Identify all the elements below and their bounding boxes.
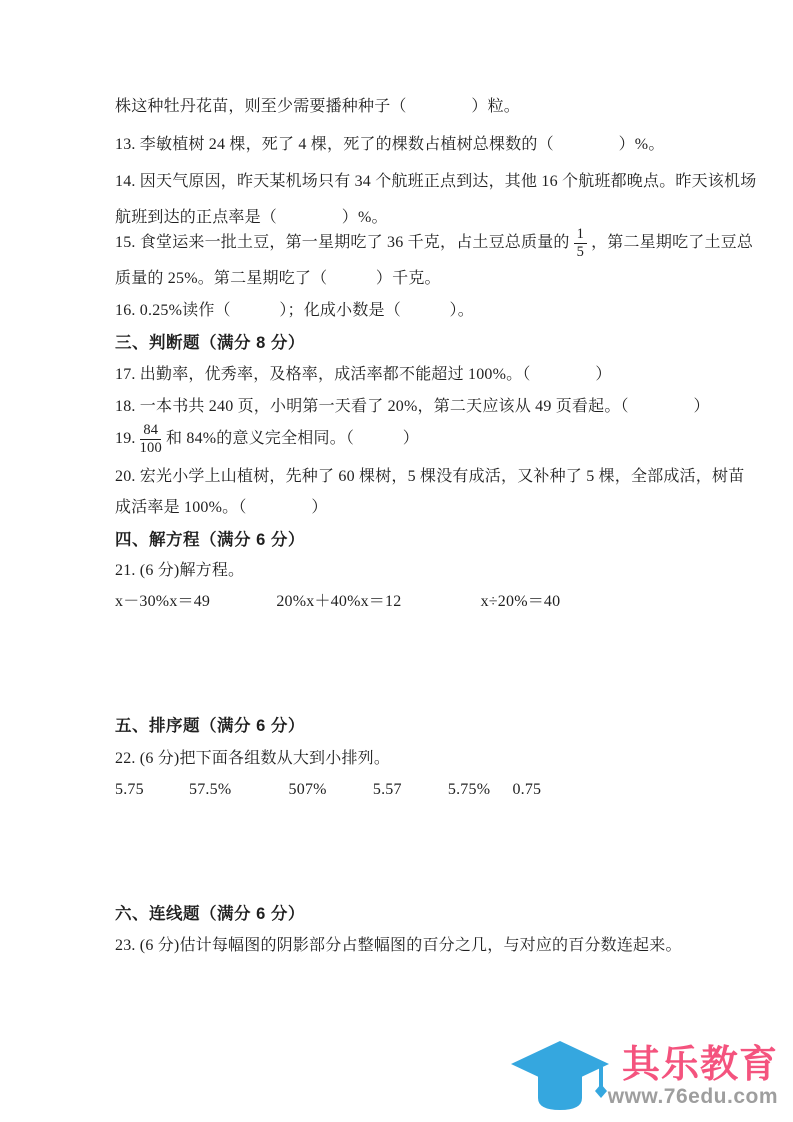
number-item: 5.75%: [448, 781, 490, 798]
equation-1: x－30%x＝49: [115, 593, 210, 610]
question-15-line1: 15. 食堂运来一批土豆，第一星期吃了 36 千克，占土豆总质量的 1 5 ，第…: [115, 226, 681, 260]
fraction-numerator: 84: [140, 423, 161, 440]
equation-3: x÷20%＝40: [481, 593, 561, 610]
question-13: 13. 李敏植树 24 棵，死了 4 棵，死了的棵数占植树总棵数的（ ）%。: [115, 135, 681, 155]
footer-brand: 其乐教育: [622, 1045, 778, 1085]
question-15-post: ，第二星期吃了土豆总: [591, 233, 753, 253]
question-15-line2: 质量的 25%。第二星期吃了（ ）千克。: [115, 269, 681, 289]
fraction-one-fifth: 1 5: [574, 227, 587, 260]
number-item: 507%: [289, 781, 327, 798]
question-18: 18. 一本书共 240 页，小明第一天看了 20%，第二天应该从 49 页看起…: [115, 397, 681, 417]
section-4-heading: 四、解方程（满分 6 分）: [115, 530, 681, 550]
section-5-heading: 五、排序题（满分 6 分）: [115, 716, 681, 736]
equation-2: 20%x＋40%x＝12: [276, 593, 401, 610]
number-item: 5.75: [115, 781, 144, 798]
question-20-line1: 20. 宏光小学上山植树，先种了 60 棵树，5 棵没有成活，又补种了 5 棵，…: [115, 467, 681, 487]
numbers-row: 5.75 57.5% 507% 5.57 5.75% 0.75: [115, 780, 681, 800]
fraction-numerator: 1: [574, 227, 587, 244]
section-3-heading: 三、判断题（满分 8 分）: [115, 333, 681, 353]
question-23: 23. (6 分)估计每幅图的阴影部分占整幅图的百分之几，与对应的百分数连起来。: [115, 936, 681, 956]
question-16: 16. 0.25%读作（ ）；化成小数是（ ）。: [115, 301, 681, 321]
question-19: 19. 84 100 和 84%的意义完全相同。（ ）: [115, 422, 681, 456]
fraction-denominator: 100: [140, 440, 162, 456]
number-item: 5.57: [373, 781, 402, 798]
number-item: 0.75: [512, 781, 541, 798]
number-item: 57.5%: [189, 781, 231, 798]
question-19-post: 和 84%的意义完全相同。（ ）: [166, 429, 419, 449]
graduation-cap-icon: [508, 1040, 612, 1114]
question-12-continuation: 株这种牡丹花苗，则至少需要播种种子（ ）粒。: [115, 97, 681, 117]
question-20-line2: 成活率是 100%。（ ）: [115, 498, 681, 518]
footer-text: 其乐教育 www.76edu.com: [616, 1040, 778, 1109]
fraction-denominator: 5: [577, 244, 584, 260]
footer-url: www.76edu.com: [608, 1085, 778, 1109]
question-19-pre: 19.: [115, 429, 136, 449]
equations-row: x－30%x＝49 20%x＋40%x＝12 x÷20%＝40: [115, 592, 681, 612]
question-15-pre: 15. 食堂运来一批土豆，第一星期吃了 36 千克，占土豆总质量的: [115, 233, 570, 253]
fraction-84-100: 84 100: [140, 423, 162, 456]
question-22: 22. (6 分)把下面各组数从大到小排列。: [115, 749, 681, 769]
footer-logo: 其乐教育 www.76edu.com: [508, 1040, 788, 1118]
question-17: 17. 出勤率，优秀率，及格率，成活率都不能超过 100%。（ ）: [115, 365, 681, 385]
section-6-heading: 六、连线题（满分 6 分）: [115, 904, 681, 924]
question-14-line1: 14. 因天气原因，昨天某机场只有 34 个航班正点到达，其他 16 个航班都晚…: [115, 172, 681, 192]
question-14-line2: 航班到达的正点率是（ ）%。: [115, 208, 681, 228]
exam-page: 株这种牡丹花苗，则至少需要播种种子（ ）粒。 13. 李敏植树 24 棵，死了 …: [0, 0, 793, 1122]
question-21: 21. (6 分)解方程。: [115, 561, 681, 581]
